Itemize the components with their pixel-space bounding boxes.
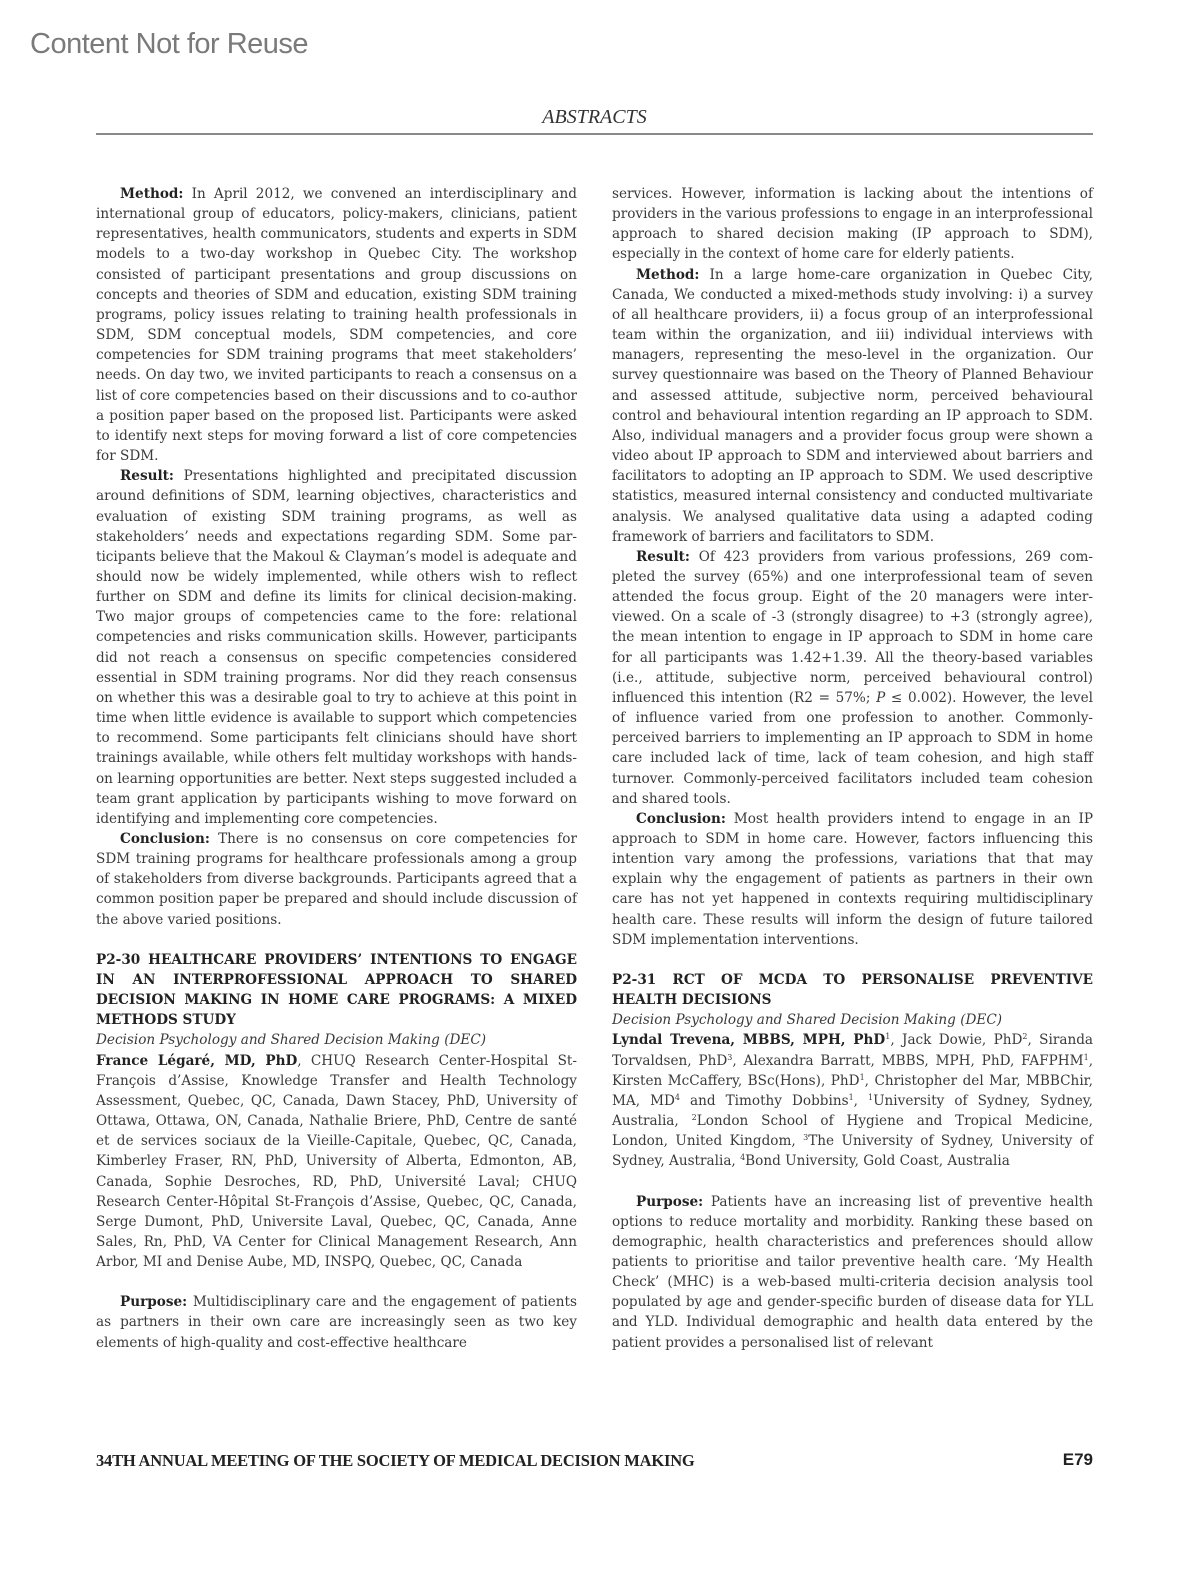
left-column: Method: In April 2012, we convened an in… [96, 184, 577, 1353]
page-number: E79 [1063, 1450, 1093, 1470]
purpose-text: Patients have an increasing list of prev… [612, 1194, 1093, 1351]
right-column: services. However, information is lackin… [612, 184, 1093, 1353]
journal-footer: 34TH ANNUAL MEETING OF THE SOCIETY OF ME… [96, 1451, 695, 1471]
method-label: Method: [120, 186, 183, 202]
p-value-symbol: P [876, 690, 885, 706]
conclusion-paragraph: Conclusion: There is no consensus on cor… [96, 829, 577, 930]
watermark: Content Not for Reuse [30, 28, 308, 61]
running-head: ABSTRACTS [96, 106, 1093, 129]
result-label: Result: [636, 549, 690, 565]
section-label: Decision Psychology and Shared Decision … [96, 1030, 577, 1050]
purpose-paragraph: Purpose: Patients have an increasing lis… [612, 1192, 1093, 1353]
method-label: Method: [636, 267, 699, 283]
affiliation: Bond University, Gold Coast, Australia [745, 1153, 1010, 1169]
result-text: Of 423 providers from various profession… [612, 549, 1093, 706]
author: and Timothy Dobbins [680, 1093, 849, 1109]
separator: , [854, 1093, 868, 1109]
conclusion-paragraph: Conclusion: Most health providers intend… [612, 809, 1093, 950]
result-label: Result: [120, 468, 174, 484]
author-list: Lyndal Trevena, MBBS, MPH, PhD1, Jack Do… [612, 1030, 1093, 1171]
purpose-continuation: services. However, information is lackin… [612, 184, 1093, 265]
method-text: In April 2012, we convened an interdisci… [96, 186, 577, 464]
conclusion-text: Most health providers intend to engage i… [612, 811, 1093, 948]
method-text: In a large home-care organization in Que… [612, 267, 1093, 545]
lead-author: Lyndal Trevena, MBBS, MPH, PhD [612, 1032, 885, 1048]
author-list: France Légaré, MD, PhD, CHUQ Research Ce… [96, 1051, 577, 1273]
abstract-title-p2-31: P2-31 RCT OF MCDA TO PERSONALISE PREVENT… [612, 970, 1093, 1010]
method-paragraph: Method: In April 2012, we convened an in… [96, 184, 577, 466]
purpose-label: Purpose: [120, 1294, 187, 1310]
conclusion-label: Conclusion: [636, 811, 726, 827]
result-paragraph: Result: Of 423 providers from various pr… [612, 547, 1093, 809]
conclusion-label: Conclusion: [120, 831, 210, 847]
header-rule [96, 133, 1093, 135]
author: , Jack Dowie, PhD [890, 1032, 1022, 1048]
result-text: Presentations highlighted and precipitat… [96, 468, 577, 827]
authors-affiliations: , CHUQ Research Center-Hospital St-Franç… [96, 1053, 577, 1271]
purpose-paragraph: Purpose: Multidisciplinary care and the … [96, 1292, 577, 1352]
section-label: Decision Psychology and Shared Decision … [612, 1010, 1093, 1030]
author: , Alexandra Barratt, MBBS, MPH, PhD, FAF… [732, 1053, 1083, 1069]
result-paragraph: Result: Presentations highlighted and pr… [96, 466, 577, 829]
abstract-title-p2-30: P2-30 HEALTHCARE PROVIDERS’ INTENTIONS T… [96, 950, 577, 1031]
result-text: ≤ 0.002). However, the level of influenc… [612, 690, 1093, 807]
lead-author: France Légaré, MD, PhD [96, 1053, 297, 1069]
method-paragraph: Method: In a large home-care organizatio… [612, 265, 1093, 547]
purpose-label: Purpose: [636, 1194, 703, 1210]
